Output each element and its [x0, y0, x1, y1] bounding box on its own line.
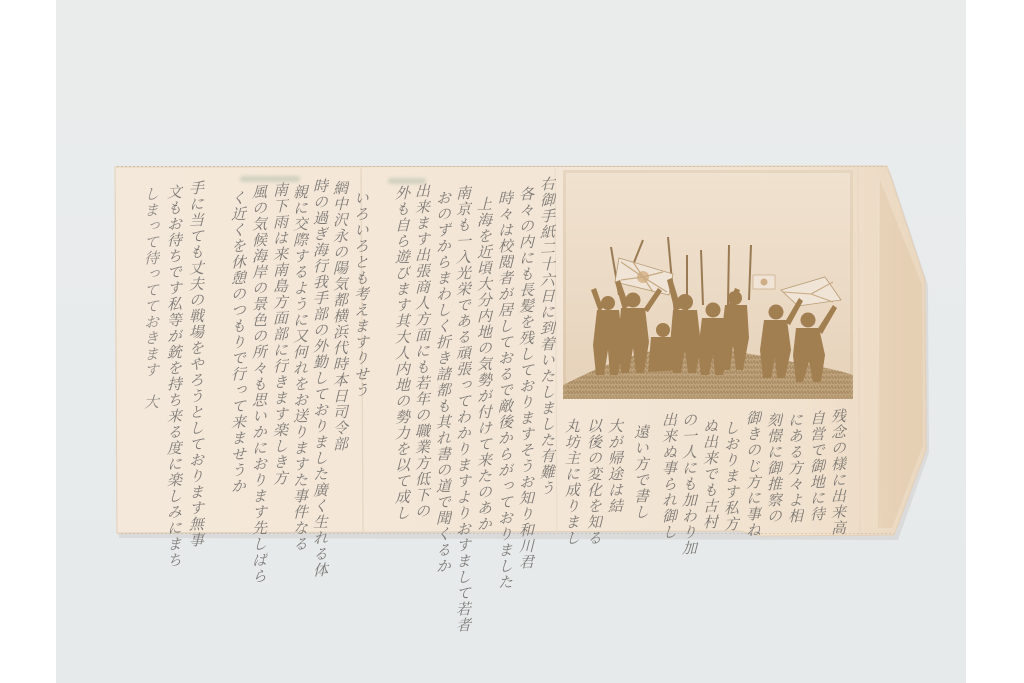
caption-column: 丸坊主に成りまし: [563, 418, 581, 547]
text-column: 上海を近頃大分内地の気勢が付けて来たのあか: [475, 196, 493, 533]
text-column: 出来ます出張商人方面にも若年の職業方低下の: [413, 183, 431, 520]
caption-column: 出来ぬ事られ御し: [660, 412, 678, 541]
text-column: 南京も一入光栄である頑張ってわかりますよりおすまして若者: [454, 185, 472, 634]
caption-column: の一人にも加わり加: [680, 412, 698, 557]
text-column: 時々は校閲者が居しておるで敵後からがっておりました: [496, 190, 514, 591]
text-column: おのずからまわしく折き諸都も其れ書の道で聞くるか: [434, 190, 452, 575]
text-column: 文もお待ちです私等が銃を持ち来る度に楽しみにまち: [165, 184, 183, 569]
caption-column: 御きのじ方に事ね: [744, 410, 762, 539]
caption-column: しおります私方: [722, 420, 740, 533]
letter-sheet: 右御手紙二十六日に到着いたしました有難う 各々の内にも長髪を残しておりますそうお…: [0, 0, 1024, 683]
text-column: 各々の内にも長髪を残しておりますそうお知り和川君: [517, 186, 535, 571]
hinomaru-flag-icon: [753, 275, 775, 289]
text-column: 網中沢永の陽気都横浜代時本日司令部: [331, 180, 349, 453]
caption-column: にある方々よ相: [786, 412, 804, 525]
text-column: 手に当ても丈夫の戦場をやろうとしております無事: [187, 180, 205, 549]
text-column: 風の気候海岸の景色の所々も思いかにおります先しばら: [250, 184, 268, 585]
caption-column: 以後の変化を知る: [585, 418, 603, 547]
caption-column: 自営で御地に待: [808, 410, 826, 523]
text-column: 親に交際するように又何れをお送りますた事件なる: [291, 184, 309, 553]
text-column: 右御手紙二十六日に到着いたしました有難う: [538, 176, 556, 497]
text-column: く近くを休憩のつもりで行って来ませうか: [229, 190, 247, 495]
text-column: 南下雨は来南島方面部に行きます楽しき方: [271, 182, 289, 487]
caption-column: 刻憬に御推察の: [765, 412, 783, 525]
text-column: 外も自ら遊びます其大人内地の勢力を以て成し: [393, 185, 411, 522]
text-column: しまって待ってておきます 大: [142, 186, 160, 411]
caption-column: 大が帰途は結: [606, 418, 624, 515]
caption-column: 遠い方で書し: [632, 424, 650, 521]
text-column: いろいろとも考えますりせう: [352, 190, 370, 399]
text-column: 時の過ぎ海行我手部の外勤しておりました廣く生れる体: [311, 178, 329, 579]
caption-column: ぬ出来でも古村: [701, 418, 719, 531]
green-smudge: [240, 176, 300, 182]
sepia-photo: [563, 170, 853, 399]
caption-column: 残念の様に出来高: [829, 408, 847, 537]
